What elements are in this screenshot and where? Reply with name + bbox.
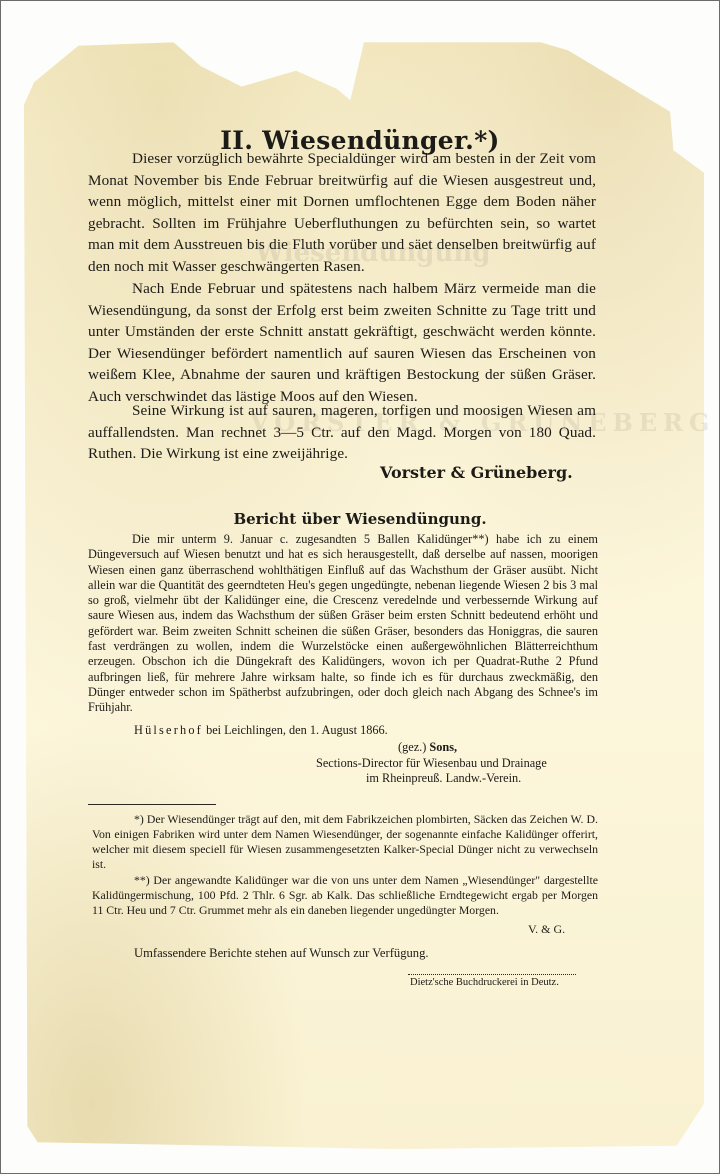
- report-place-date: Hülserhof bei Leichlingen, den 1. August…: [134, 723, 388, 738]
- footnote-2: **) Der angewandte Kalidünger war die vo…: [92, 873, 598, 918]
- report-heading: Bericht über Wiesendüngung.: [0, 510, 720, 528]
- paragraph-effect: Seine Wirkung ist auf sauren, mageren, t…: [88, 400, 596, 465]
- footnote-signature: V. & G.: [528, 922, 565, 937]
- paragraph-application: Dieser vorzüglich bewährte Specialdünger…: [88, 148, 596, 278]
- footnote-divider: [88, 804, 216, 805]
- printer-imprint: Dietz'sche Buchdruckerei in Deutz.: [410, 977, 559, 988]
- footnote-1: *) Der Wiesendünger trägt auf den, mit d…: [92, 812, 598, 872]
- signer-name: Sons,: [429, 740, 457, 754]
- company-signature: Vorster & Grüneberg.: [380, 463, 573, 482]
- signed-prefix: (gez.): [398, 740, 426, 754]
- report-date: bei Leichlingen, den 1. August 1866.: [206, 723, 388, 737]
- closing-note: Umfassendere Berichte stehen auf Wunsch …: [134, 946, 429, 961]
- printer-divider: [408, 974, 576, 975]
- signer-association: im Rheinpreuß. Landw.-Verein.: [366, 771, 521, 786]
- report-signed: (gez.) Sons,: [398, 740, 457, 755]
- paragraph-timing: Nach Ende Februar und spätestens nach ha…: [88, 278, 596, 408]
- signer-title: Sections-Director für Wiesenbau und Drai…: [316, 756, 547, 771]
- document-page: Wiesendüngung VORSTER & GRÜNEBERG II. Wi…: [0, 0, 720, 1174]
- report-place: Hülserhof: [134, 723, 203, 737]
- report-body: Die mir unterm 9. Januar c. zugesandten …: [88, 532, 598, 716]
